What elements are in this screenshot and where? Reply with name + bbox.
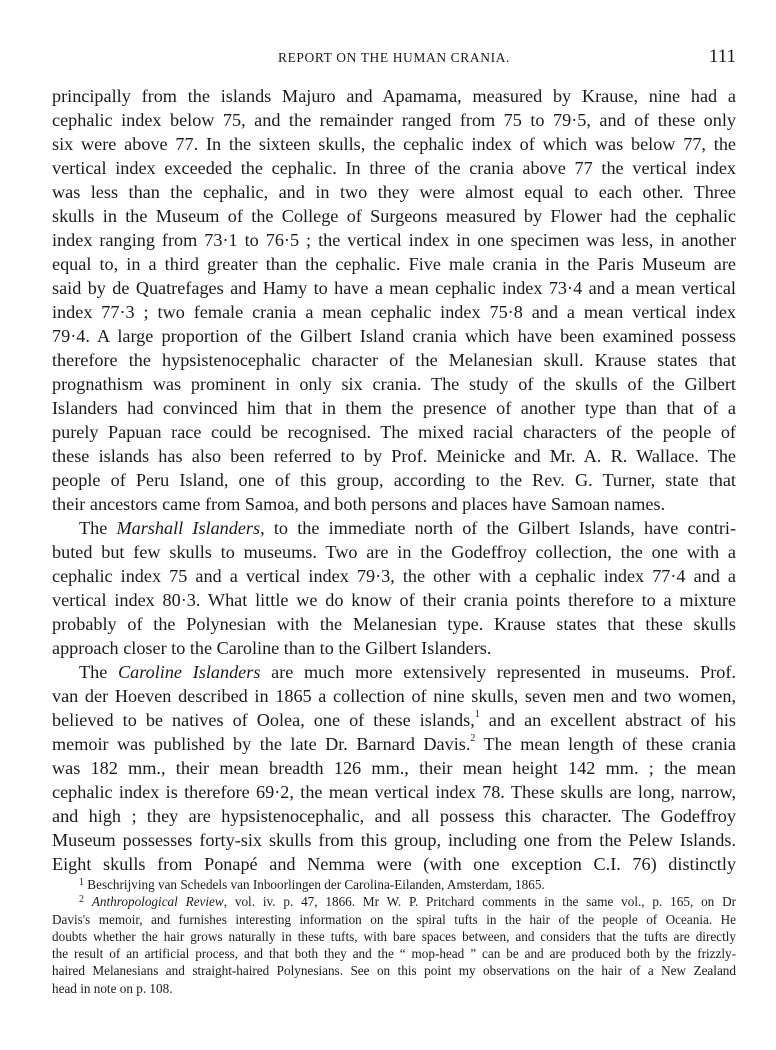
text-fragment: are much more extensively represented in…: [260, 662, 736, 682]
body-text: principally from the islands Majuro and …: [52, 84, 736, 876]
italic-title: Anthropological Review: [92, 894, 224, 909]
text-line: said by de Quatrefages and Hamy to have …: [52, 276, 736, 300]
footnote-line: haired Melanesians and straight-haired P…: [52, 962, 736, 979]
text-fragment: The: [79, 662, 118, 682]
text-line: these islands has also been referred to …: [52, 444, 736, 468]
footnote-marker: 2: [79, 894, 84, 905]
footnote-2: 2 Anthropological Review, vol. iv. p. 47…: [52, 893, 736, 997]
text-line: vertical index 80·3. What little we do k…: [52, 588, 736, 612]
paragraph-caroline-islanders: The Caroline Islanders are much more ext…: [52, 660, 736, 876]
text-line: memoir was published by the late Dr. Bar…: [52, 732, 736, 756]
text-line: Museum possesses forty-six skulls from t…: [52, 828, 736, 852]
text-line: equal to, in a third greater than the ce…: [52, 252, 736, 276]
text-line: 79·4. A large proportion of the Gilbert …: [52, 324, 736, 348]
footnote-ref-1[interactable]: 1: [475, 709, 480, 720]
page-number: 111: [709, 46, 736, 68]
footnote-ref-2[interactable]: 2: [470, 733, 475, 744]
footnote-line: doubts whether the hair grows naturally …: [52, 928, 736, 945]
text-line: buted but few skulls to museums. Two are…: [52, 540, 736, 564]
footnote-line: Davis's memoir, and furnishes interestin…: [52, 911, 736, 928]
text-fragment: The mean length of these crania: [475, 734, 736, 754]
text-line: was less than the cephalic, and in two t…: [52, 180, 736, 204]
text-line: probably of the Polynesian with the Mela…: [52, 612, 736, 636]
text-line: their ancestors came from Samoa, and bot…: [52, 492, 736, 516]
text-line: therefore the hypsistenocephalic charact…: [52, 348, 736, 372]
running-title: REPORT ON THE HUMAN CRANIA.: [52, 50, 736, 66]
footnote-1: 1 Beschrijving van Schedels van Inboorli…: [52, 876, 736, 893]
text-line: index 77·3 ; two female crania a mean ce…: [52, 300, 736, 324]
text-fragment: , to the immediate north of the Gilbert …: [260, 518, 736, 538]
paragraph-marshall-islanders: The Marshall Islanders, to the immediate…: [52, 516, 736, 660]
text-line: cephalic index is therefore 69·2, the me…: [52, 780, 736, 804]
italic-term: Marshall Islanders: [116, 518, 260, 538]
text-line: skulls in the Museum of the College of S…: [52, 204, 736, 228]
text-line: people of Peru Island, one of this group…: [52, 468, 736, 492]
text-line: approach closer to the Caroline than to …: [52, 636, 736, 660]
text-line: purely Papuan race could be recognised. …: [52, 420, 736, 444]
text-line: believed to be natives of Oolea, one of …: [52, 708, 736, 732]
footnote-text: Beschrijving van Schedels van Inboorling…: [84, 877, 545, 892]
running-head: REPORT ON THE HUMAN CRANIA. 111: [52, 46, 736, 70]
text-line: vertical index exceeded the cephalic. In…: [52, 156, 736, 180]
italic-term: Caroline Islanders: [118, 662, 260, 682]
text-line: principally from the islands Majuro and …: [52, 84, 736, 108]
footnote-marker: 1: [79, 877, 84, 888]
text-line: index ranging from 73·1 to 76·5 ; the ve…: [52, 228, 736, 252]
footnote-line: 1 Beschrijving van Schedels van Inboorli…: [52, 876, 736, 893]
text-fragment: memoir was published by the late Dr. Bar…: [52, 734, 470, 754]
text-line: Islanders had convinced him that in them…: [52, 396, 736, 420]
text-line: prognathism was prominent in only six cr…: [52, 372, 736, 396]
footnote-text: , vol. iv. p. 47, 1866. Mr W. P. Pritcha…: [224, 894, 736, 909]
text-line: and high ; they are hypsistenocephalic, …: [52, 804, 736, 828]
text-line: was 182 mm., their mean breadth 126 mm.,…: [52, 756, 736, 780]
footnote-line: the result of an artificial process, and…: [52, 945, 736, 962]
paragraph-gilbert-islanders: principally from the islands Majuro and …: [52, 84, 736, 516]
text-line: van der Hoeven described in 1865 a colle…: [52, 684, 736, 708]
text-fragment: believed to be natives of Oolea, one of …: [52, 710, 475, 730]
text-line: six were above 77. In the sixteen skulls…: [52, 132, 736, 156]
footnotes: 1 Beschrijving van Schedels van Inboorli…: [52, 876, 736, 997]
footnote-line: head in note on p. 108.: [52, 980, 736, 997]
text-line: The Marshall Islanders, to the immediate…: [52, 516, 736, 540]
text-line: The Caroline Islanders are much more ext…: [52, 660, 736, 684]
text-fragment: The: [79, 518, 116, 538]
text-line: cephalic index below 75, and the remaind…: [52, 108, 736, 132]
text-line: cephalic index 75 and a vertical index 7…: [52, 564, 736, 588]
text-fragment: and an excellent abstract of his: [480, 710, 736, 730]
footnote-line: 2 Anthropological Review, vol. iv. p. 47…: [52, 893, 736, 910]
text-line: Eight skulls from Ponapé and Nemma were …: [52, 852, 736, 876]
